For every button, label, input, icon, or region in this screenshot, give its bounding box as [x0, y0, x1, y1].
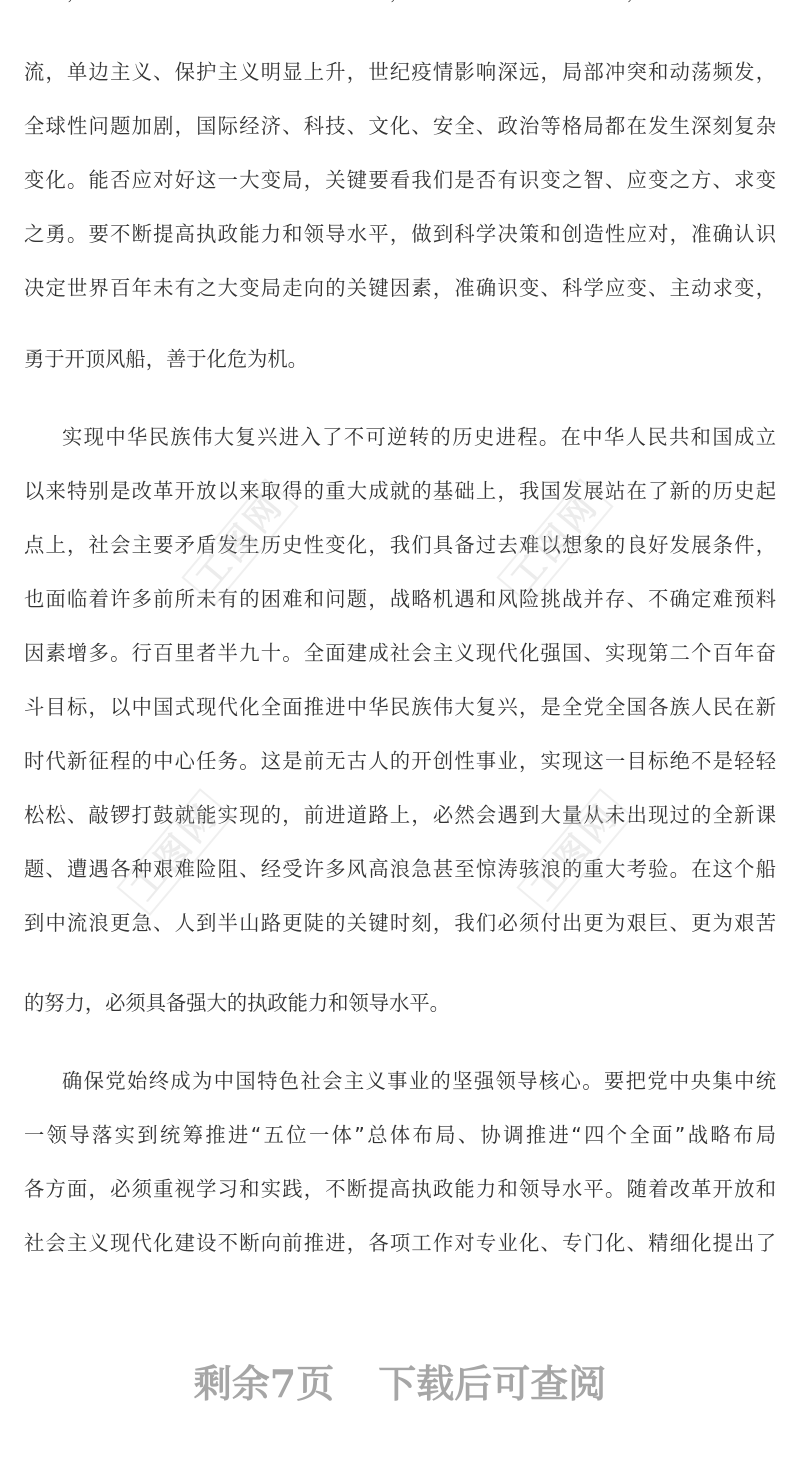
remaining-pages-label: 剩余7页 [194, 1353, 334, 1408]
text-line: 之勇。要不断提高执政能力和领导水平，做到科学决策和创造性应对，准确认识 [24, 219, 776, 249]
text-line: 变化。能否应对好这一大变局，关键要看我们是否有识变之智、应变之方、求变 [24, 165, 776, 195]
text-line: 以来特别是改革开放以来取得的重大成就的基础上，我国发展站在了新的历史起 [24, 476, 776, 506]
text-line: 社会主义现代化建设不断向前推进，各项工作对专业化、专门化、精细化提出了 [24, 1228, 776, 1258]
text-line: 决定世界百年未有之大变局走向的关键因素，准确识变、科学应变、主动求变， [24, 273, 776, 303]
text-line: 到中流浪更急、人到半山路更陡的关键时刻，我们必须付出更为艰巨、更为艰苦 [24, 908, 776, 938]
download-to-view-label: 下载后可查阅 [378, 1353, 606, 1408]
text-line: 全球性问题加剧，国际经济、科技、文化、安全、政治等格局都在发生深刻复杂 [24, 111, 776, 141]
text-line: 也面临着许多前所未有的困难和问题，战略机遇和风险挑战并存、不确定难预料 [24, 584, 776, 614]
text-line: 题、遭遇各种艰难险阻、经受许多风高浪急甚至惊涛骇浪的重大考验。在这个船 [24, 854, 776, 884]
text-line: 一领导落实到统筹推进“五位一体”总体布局、协调推进“四个全面”战略布局 [24, 1120, 776, 1150]
text-line: 当前，世界百年未有之大变局加速演进，国际力量对比深刻调整，逆全球化思潮 [24, 0, 776, 6]
document-page: 当前，世界百年未有之大变局加速演进，国际力量对比深刻调整，逆全球化思潮 流，单边… [0, 0, 800, 1457]
text-line: 实现中华民族伟大复兴进入了不可逆转的历史进程。在中华人民共和国成立 [62, 422, 776, 452]
text-line: 时代新征程的中心任务。这是前无古人的开创性事业，实现这一目标绝不是轻轻 [24, 746, 776, 776]
text-line: 确保党始终成为中国特色社会主义事业的坚强领导核心。要把党中央集中统 [62, 1066, 776, 1096]
clipped-previous-line: 当前，世界百年未有之大变局加速演进，国际力量对比深刻调整，逆全球化思潮 [0, 0, 800, 6]
download-to-view-banner[interactable]: 剩余7页 下载后可查阅 [0, 1352, 800, 1408]
text-line: 点上，社会主要矛盾发生历史性变化，我们具备过去难以想象的良好发展条件， [24, 530, 776, 560]
text-line: 松松、敲锣打鼓就能实现的，前进道路上，必然会遇到大量从未出现过的全新课 [24, 800, 776, 830]
text-line: 因素增多。行百里者半九十。全面建成社会主义现代化强国、实现第二个百年奋 [24, 638, 776, 668]
text-line: 流，单边主义、保护主义明显上升，世纪疫情影响深远，局部冲突和动荡频发， [24, 57, 776, 87]
text-line: 的努力，必须具备强大的执政能力和领导水平。 [24, 988, 776, 1018]
text-line: 勇于开顶风船，善于化危为机。 [24, 344, 776, 374]
text-line: 各方面，必须重视学习和实践，不断提高执政能力和领导水平。随着改革开放和 [24, 1174, 776, 1204]
text-line: 斗目标，以中国式现代化全面推进中华民族伟大复兴，是全党全国各族人民在新 [24, 692, 776, 722]
